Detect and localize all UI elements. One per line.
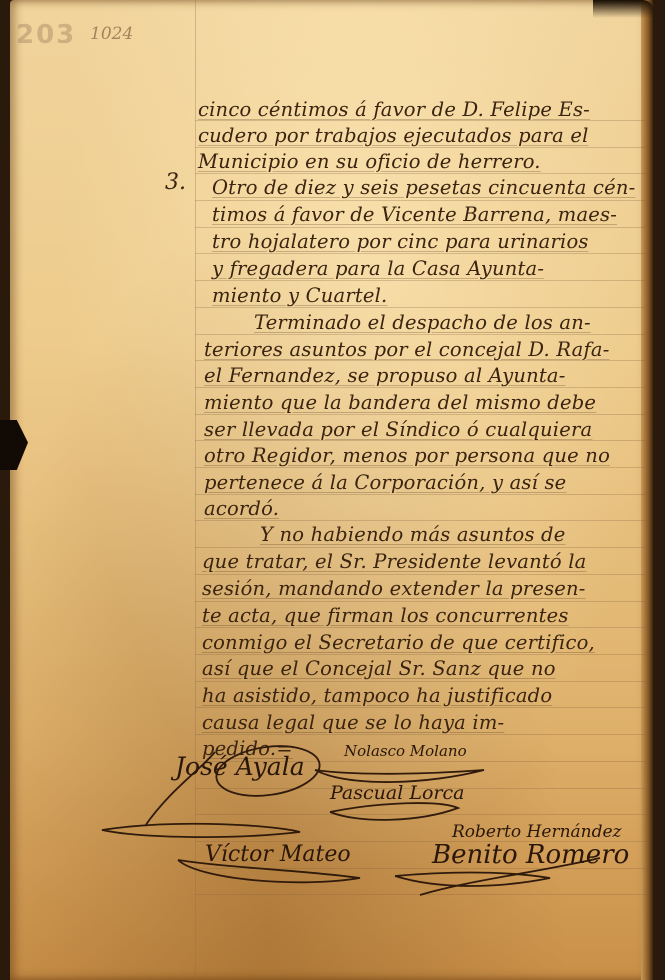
- document-photo: 203 1024 3. cinco céntimos á favor de D.…: [0, 0, 665, 980]
- signature-jose-ayala: José Ayala: [175, 752, 305, 781]
- signature-roberto-hernandez: Roberto Hernández: [452, 822, 622, 842]
- signature-nolasco-molano: Nolasco Molano: [344, 742, 467, 760]
- signature-victor-mateo: Víctor Mateo: [205, 842, 351, 867]
- signature-pascual-lorca: Pascual Lorca: [330, 782, 464, 804]
- signature-benito-romero: Benito Romero: [432, 840, 629, 870]
